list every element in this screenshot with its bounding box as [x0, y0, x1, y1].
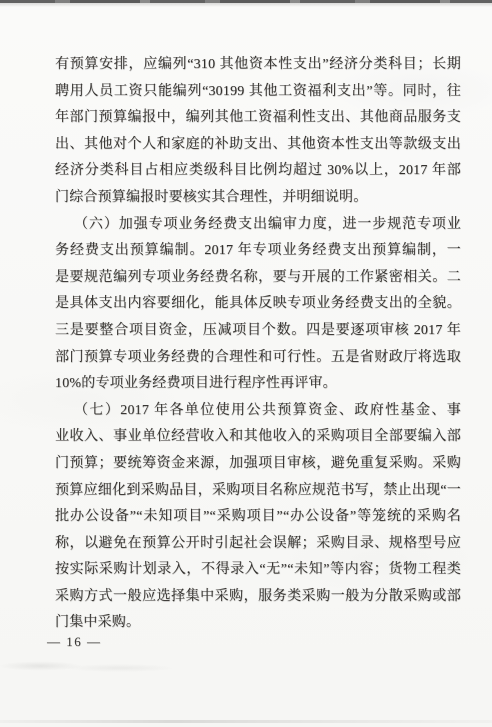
- text-line: 按实际采购计划录入，不得录入“无”“未知”等内容；货物工程类: [55, 557, 461, 584]
- text-line: 门集中采购。: [55, 610, 461, 637]
- text-line: （七）2017 年各单位使用公共预算资金、政府性基金、事: [55, 398, 461, 425]
- text-line: 是具体支出内容要细化，能具体反映专项业务经费支出的全貌。: [55, 291, 461, 318]
- text-line: 门预算；要统筹资金来源，加强项目审核，避免重复采购。采购: [55, 451, 461, 478]
- text-line: 三是要整合项目资金，压减项目个数。四是要逐项审核 2017 年: [55, 318, 461, 345]
- scan-edge-artifact-bottom: [0, 720, 492, 723]
- text-line: 出、其他对个人和家庭的补助支出、其他资本性支出等款级支出: [55, 132, 461, 159]
- text-line: 聘用人员工资只能编列“30199 其他工资福利支出”等。同时，往: [55, 79, 461, 106]
- text-line: （六）加强专项业务经费支出编审力度，进一步规范专项业: [55, 212, 461, 239]
- text-line: 经济分类科目占相应类级科目比例均超过 30%以上，2017 年部: [55, 158, 461, 185]
- text-line: 门综合预算编报时要核实其合理性，并明细说明。: [55, 185, 461, 212]
- scan-edge-shadow: [0, 3, 492, 7]
- paragraph-item-six: （六）加强专项业务经费支出编审力度，进一步规范专项业 务经费支出预算编制。201…: [55, 212, 461, 398]
- document-body: 有预算安排，应编列“310 其他资本性支出”经济分类科目；长期 聘用人员工资只能…: [55, 52, 461, 637]
- paragraph-item-seven: （七）2017 年各单位使用公共预算资金、政府性基金、事 业收入、事业单位经营收…: [55, 398, 461, 637]
- text-line: 务经费支出预算编制。2017 年专项业务经费支出预算编制，一: [55, 238, 461, 265]
- page-number: — 16 —: [47, 632, 102, 652]
- text-line: 业收入、事业单位经营收入和其他收入的采购项目全部要编入部: [55, 424, 461, 451]
- scan-smudge-artifact: [0, 658, 180, 676]
- text-line: 年部门预算编报中，编列其他工资福利性支出、其他商品服务支: [55, 105, 461, 132]
- text-line: 有预算安排，应编列“310 其他资本性支出”经济分类科目；长期: [55, 52, 461, 79]
- text-line: 采购方式一般应选择集中采购，服务类采购一般为分散采购或部: [55, 584, 461, 611]
- text-line: 10%的专项业务经费项目进行程序性再评审。: [55, 371, 461, 398]
- text-line: 批办公设备”“未知项目”“采购项目”“办公设备”等笼统的采购名: [55, 504, 461, 531]
- text-line: 预算应细化到采购品目，采购项目名称应规范书写，禁止出现“一: [55, 478, 461, 505]
- text-line: 部门预算专项业务经费的合理性和可行性。五是省财政厅将选取: [55, 345, 461, 372]
- text-line: 称，以避免在预算公开时引起社会误解；采购目录、规格型号应: [55, 531, 461, 558]
- text-line: 是要规范编列专项业务经费名称，要与开展的工作紧密相关。二: [55, 265, 461, 292]
- paragraph-continuation: 有预算安排，应编列“310 其他资本性支出”经济分类科目；长期 聘用人员工资只能…: [55, 52, 461, 212]
- scanned-document-page: 有预算安排，应编列“310 其他资本性支出”经济分类科目；长期 聘用人员工资只能…: [0, 0, 492, 727]
